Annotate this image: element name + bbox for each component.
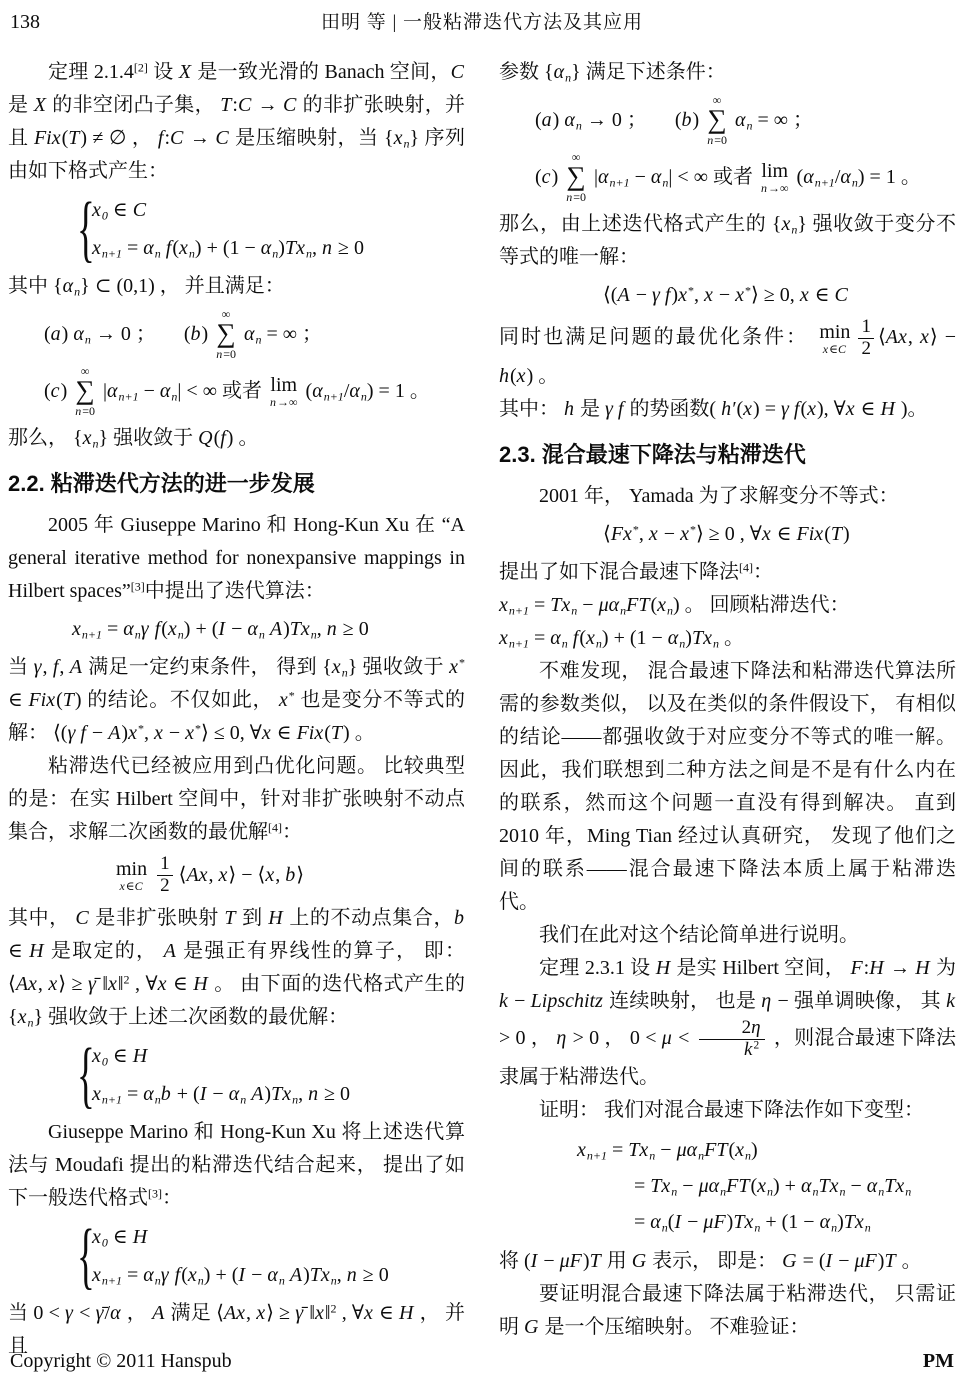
paragraph-explanation-intro: 我们在此对这个结论简单进行说明。: [499, 919, 956, 952]
limit-operator: lim n→∞: [761, 161, 789, 194]
equation-variational-inequality: ⟨(A − γ f)x*, x − x*⟩ ≥ 0, x ∈ C: [603, 279, 956, 312]
paragraph-optimality: 同时也满足问题的最优化条件： minx∈C12⟨Ax, x⟩ − h(x) 。: [499, 317, 956, 393]
fraction-one-half: 1 2: [157, 854, 173, 897]
min-operator: min x∈C: [116, 859, 147, 892]
equation-conditions-ab: (a) αn → 0 ； (b) ∞ ∑ n=0 αn = ∞ ；: [44, 308, 465, 360]
sum-operator: ∞ ∑ n=0: [707, 94, 727, 146]
paragraph-combined-method: Giuseppe Marino 和 Hong-Kun Xu 将上述迭代算法与 M…: [8, 1116, 465, 1215]
cases-lines: x0 ∈ H xn+1 = αnb + (I − αn A)Txn, n ≥ 0: [92, 1039, 350, 1111]
section-heading-2-2: 2.2. 粘滞迭代方法的进一步发展: [8, 471, 465, 497]
equation-cases-3: { x0 ∈ H xn+1 = αnγ f(xn) + (I − αn A)Tx…: [72, 1220, 465, 1292]
equation-line: xn+1 = αnb + (I − αn A)Txn, n ≥ 0: [92, 1077, 350, 1111]
left-column: 定理 2.1.4[2] 设 X 是一致光滑的 Banach 空间，C 是 X 的…: [8, 56, 465, 1363]
sum-symbol: ∑: [567, 163, 586, 190]
sum-lower-limit: n=0: [566, 191, 586, 203]
equation-cases-2: { x0 ∈ H xn+1 = αnb + (I − αn A)Txn, n ≥…: [72, 1039, 465, 1111]
equation-derivation: xn+1 = Txn − μαnFT(xn) = Txn − μαnFT(xn)…: [577, 1132, 956, 1240]
equation-line: x0 ∈ C: [92, 193, 364, 227]
condition-b-tail: αn = ∞ ；: [244, 318, 322, 351]
sum-lower-limit: n=0: [75, 405, 95, 417]
paragraph-potential-function: 其中： h 是 γ f 的势函数( h′(x) = γ f(x), ∀x ∈ H…: [499, 393, 956, 426]
paragraph-hybrid-formula: xn+1 = Txn − μαnFT(xn) 。 回顾粘滞迭代：: [499, 589, 956, 622]
equation-conditions-ab: (a) αn → 0 ； (b) ∞ ∑ n=0 αn = ∞ ；: [535, 94, 956, 146]
sum-symbol: ∑: [76, 377, 95, 404]
left-brace: {: [77, 197, 87, 261]
paragraph-unique-solution: 那么，由上述迭代格式产生的 {xn} 强收敛于变分不等式的唯一解：: [499, 208, 956, 274]
condition-b-tail: αn = ∞ ；: [735, 104, 813, 137]
paragraph-theorem-214: 定理 2.1.4[2] 设 X 是一致光滑的 Banach 空间，C 是 X 的…: [8, 56, 465, 188]
fraction-denominator: 2: [859, 339, 873, 360]
text-run: 同时也满足问题的最优化条件：: [499, 326, 815, 348]
fraction-2eta-k2: 2ηk2: [699, 1018, 765, 1061]
paragraph-theorem-231: 定理 2.3.1 设 H 是实 Hilbert 空间， F:H → H 为 k …: [499, 952, 956, 1094]
paragraph-parameters: 参数 {αn} 满足下述条件：: [499, 56, 956, 89]
equation-line: xn+1 = αn f(xn) + (1 − αn)Txn, n ≥ 0: [92, 231, 364, 265]
min-operator: minx∈C: [819, 322, 850, 355]
derivation-line-1: xn+1 = Txn − μαnFT(xn): [577, 1132, 956, 1168]
fraction-numerator: 1: [157, 854, 173, 876]
paragraph-contraction-claim: 要证明混合最速下降法属于粘滞迭代， 只需证明 G 是一个压缩映射。 不难验证：: [499, 1278, 956, 1344]
min-word: min: [116, 859, 147, 879]
paragraph-convex-optimization: 粘滞迭代已经被应用到凸优化问题。 比较典型的是：在实 Hilbert 空间中，针…: [8, 750, 465, 849]
paragraph-convergence: 当 γ, f, A 满足一定约束条件， 得到 {xn} 强收敛于 x* ∈ Fi…: [8, 651, 465, 750]
equation-condition-c: (c) ∞ ∑ n=0 |αn+1 − αn| < ∞ 或者 lim n→∞ (…: [44, 365, 465, 417]
condition-c-mid: |αn+1 − αn| < ∞ 或者: [594, 161, 753, 194]
condition-c-tail: (αn+1/αn) = 1 。: [797, 161, 921, 194]
condition-c-mid: |αn+1 − αn| < ∞ 或者: [103, 375, 262, 408]
equation-yamada-vi: ⟨Fx*, x − x*⟩ ≥ 0 , ∀x ∈ Fix(T): [603, 518, 956, 551]
equation-cases-1: { x0 ∈ C xn+1 = αn f(xn) + (1 − αn)Txn, …: [72, 193, 465, 265]
paragraph-discussion: 不难发现， 混合最速下降法和粘滞迭代算法所需的参数类似， 以及在类似的条件假设下…: [499, 655, 956, 919]
cases-group: { x0 ∈ H xn+1 = αnb + (I − αn A)Txn, n ≥…: [72, 1039, 350, 1111]
equation-line: x0 ∈ H: [92, 1039, 350, 1073]
left-brace: {: [77, 1043, 87, 1107]
paragraph-condition-intro: 其中 {αn} ⊂ (0,1) ， 并且满足：: [8, 270, 465, 303]
sum-operator: ∞ ∑ n=0: [216, 308, 236, 360]
condition-a: (a) αn → 0 ；: [535, 104, 647, 137]
limit-operator: lim n→∞: [270, 375, 298, 408]
paragraph-operator-definition: 其中， C 是非扩张映射 T 到 H 上的不动点集合，b ∈ H 是取定的， A…: [8, 902, 465, 1034]
condition-c-label: (c): [535, 161, 558, 194]
page-header: 138 田明 等 | 一般粘滞迭代方法及其应用: [8, 6, 956, 36]
condition-c-tail: (αn+1/αn) = 1 。: [306, 375, 430, 408]
derivation-line-2: = Txn − μαnFT(xn) + αnTxn − αnTxn: [634, 1168, 956, 1204]
paragraph-hybrid-method-intro: 提出了如下混合最速下降法[4]：: [499, 556, 956, 589]
fraction-one-half: 12: [858, 317, 874, 360]
sum-lower-limit: n=0: [216, 348, 236, 360]
cases-lines: x0 ∈ C xn+1 = αn f(xn) + (1 − αn)Txn, n …: [92, 193, 364, 265]
condition-c-label: (c): [44, 375, 67, 408]
lim-word: lim: [270, 375, 297, 395]
equation-line: xn+1 = αnγ f(xn) + (I − αn A)Txn, n ≥ 0: [92, 1258, 389, 1292]
section-heading-2-3: 2.3. 混合最速下降法与粘滞迭代: [499, 442, 956, 468]
lim-lower-limit: n→∞: [270, 396, 298, 408]
sum-lower-limit: n=0: [707, 134, 727, 146]
paper-page: 138 田明 等 | 一般粘滞迭代方法及其应用 定理 2.1.4[2] 设 X …: [0, 0, 964, 1386]
equation-condition-c: (c) ∞ ∑ n=0 |αn+1 − αn| < ∞ 或者 lim n→∞ (…: [535, 151, 956, 203]
condition-b-label: (b): [184, 318, 208, 351]
journal-mark: PM: [923, 1345, 954, 1378]
sum-operator: ∞ ∑ n=0: [75, 365, 95, 417]
paragraph-proof-intro: 证明： 我们对混合最速下降法作如下变型：: [499, 1094, 956, 1127]
paragraph-conclusion: 那么， {xn} 强收敛于 Q(f) 。: [8, 422, 465, 455]
page-footer: Copyright © 2011 Hanspub PM: [10, 1345, 954, 1378]
equation-tail: ⟨Ax, x⟩ − ⟨x, b⟩: [179, 859, 304, 892]
min-word: min: [819, 322, 850, 342]
lim-word: lim: [761, 161, 788, 181]
cases-group: { x0 ∈ H xn+1 = αnγ f(xn) + (I − αn A)Tx…: [72, 1220, 389, 1292]
min-lower-limit: x∈C: [119, 880, 143, 892]
fraction-denominator: k2: [702, 1040, 761, 1061]
fraction-numerator: 2η: [699, 1018, 765, 1040]
cases-lines: x0 ∈ H xn+1 = αnγ f(xn) + (I − αn A)Txn,…: [92, 1220, 389, 1292]
left-brace: {: [77, 1224, 87, 1288]
paragraph-marino-xu: 2005 年 Giuseppe Marino 和 Hong-Kun Xu 在 “…: [8, 509, 465, 608]
sum-symbol: ∑: [216, 320, 235, 347]
equation-min-quadratic: min x∈C 1 2 ⟨Ax, x⟩ − ⟨x, b⟩: [112, 854, 465, 897]
right-column: 参数 {αn} 满足下述条件： (a) αn → 0 ； (b) ∞ ∑ n=0…: [499, 56, 956, 1344]
condition-a: (a) αn → 0 ；: [44, 318, 156, 351]
lim-lower-limit: n→∞: [761, 182, 789, 194]
sum-symbol: ∑: [707, 106, 726, 133]
sum-operator: ∞ ∑ n=0: [566, 151, 586, 203]
fraction-numerator: 1: [858, 317, 874, 339]
condition-b-label: (b): [675, 104, 699, 137]
paragraph-G-definition: 将 (I − μF)T 用 G 表示， 即是： G = (I − μF)T 。: [499, 1245, 956, 1278]
two-column-body: 定理 2.1.4[2] 设 X 是一致光滑的 Banach 空间，C 是 X 的…: [8, 56, 956, 1363]
derivation-line-3: = αn(I − μF)Txn + (1 − αn)Txn: [634, 1204, 956, 1240]
paragraph-viscosity-formula: xn+1 = αn f(xn) + (1 − αn)Txn 。: [499, 622, 956, 655]
cases-group: { x0 ∈ C xn+1 = αn f(xn) + (1 − αn)Txn, …: [72, 193, 364, 265]
fraction-denominator: 2: [158, 876, 172, 897]
copyright-text: Copyright © 2011 Hanspub: [10, 1345, 232, 1378]
running-title: 田明 等 | 一般粘滞迭代方法及其应用: [8, 6, 956, 39]
paragraph-yamada: 2001 年， Yamada 为了求解变分不等式：: [499, 480, 956, 513]
equation-line: x0 ∈ H: [92, 1220, 389, 1254]
min-lower-limit: x∈C: [823, 343, 847, 355]
equation-general-iterative: xn+1 = αnγ f(xn) + (I − αn A)Txn, n ≥ 0: [72, 613, 465, 646]
